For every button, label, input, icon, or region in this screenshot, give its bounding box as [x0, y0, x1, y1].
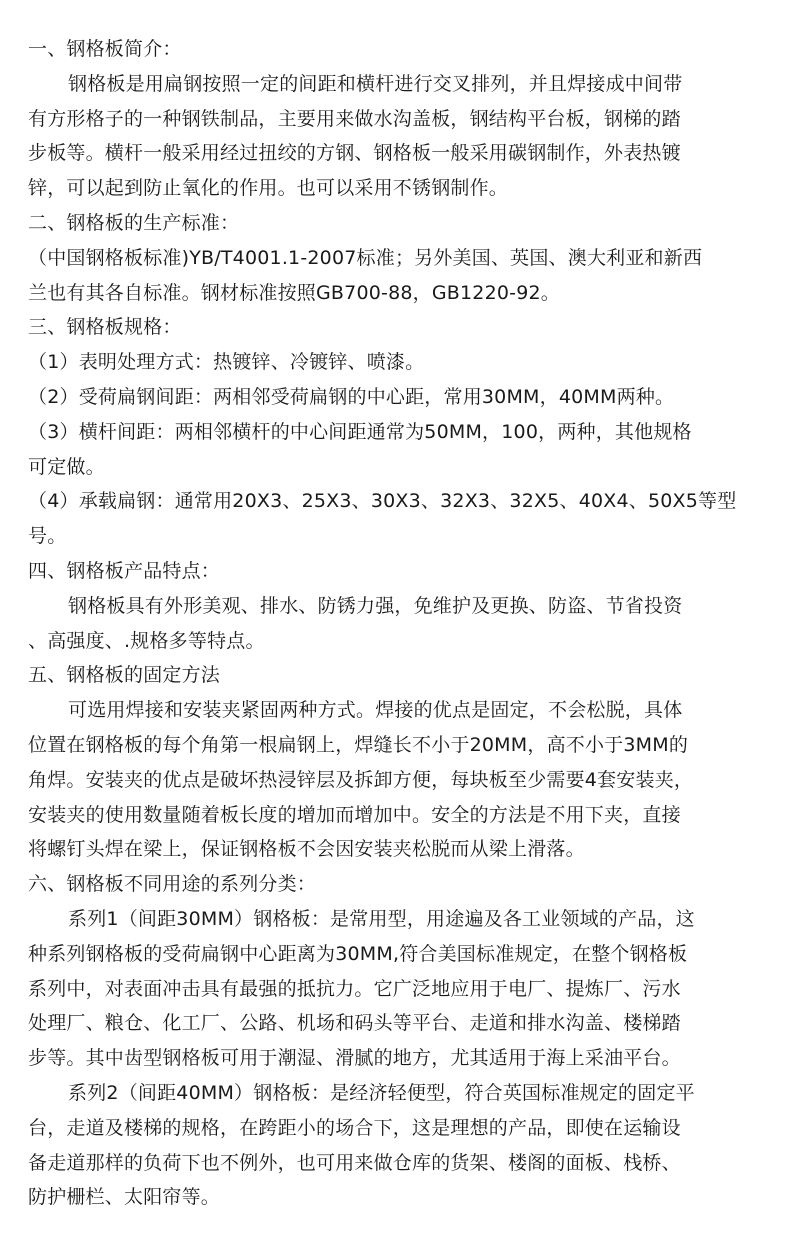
paragraph-line: 钢格板具有外形美观、排水、防锈力强，免维护及更换、防盗、节省投资 [28, 589, 768, 624]
section-heading-6: 六、钢格板不同用途的系列分类： [28, 867, 768, 902]
paragraph-line: 步板等。横杆一般采用经过扭绞的方钢、钢格板一般采用碳钢制作，外表热镀 [28, 136, 768, 171]
section-heading-5: 五、钢格板的固定方法 [28, 658, 768, 693]
paragraph-line: 、高强度、.规格多等特点。 [28, 624, 768, 659]
spec-item-1: （1）表明处理方式：热镀锌、冷镀锌、喷漆。 [28, 345, 768, 380]
section-heading-3: 三、钢格板规格： [28, 310, 768, 345]
paragraph-line: 步等。其中齿型钢格板可用于潮湿、滑腻的地方，尤其适用于海上采油平台。 [28, 1041, 768, 1076]
paragraph-line: 系列1（间距30MM）钢格板：是常用型，用途遍及各工业领域的产品，这 [28, 902, 768, 937]
paragraph-line: 台，走道及楼梯的规格，在跨距小的场合下，这是理想的产品，即使在运输设 [28, 1111, 768, 1146]
paragraph-line: 种系列钢格板的受荷扁钢中心距离为30MM,符合美国标准规定，在整个钢格板 [28, 937, 768, 972]
spec-item-2: （2）受荷扁钢间距：两相邻受荷扁钢的中心距，常用30MM，40MM两种。 [28, 380, 768, 415]
paragraph-line: 可选用焊接和安装夹紧固两种方式。焊接的优点是固定，不会松脱，具体 [28, 693, 768, 728]
paragraph-line: 防护栅栏、太阳帘等。 [28, 1180, 768, 1215]
spec-item-4: （4）承载扁钢：通常用20X3、25X3、30X3、32X3、32X5、40X4… [28, 484, 768, 519]
paragraph-line: 安装夹的使用数量随着板长度的增加而增加中。安全的方法是不用下夹，直接 [28, 798, 768, 833]
section-heading-2: 二、钢格板的生产标准： [28, 206, 768, 241]
paragraph-line: 角焊。安装夹的优点是破坏热浸锌层及拆卸方便，每块板至少需要4套安装夹， [28, 763, 768, 798]
paragraph-line: 位置在钢格板的每个角第一根扁钢上，焊缝长不小于20MM，高不小于3MM的 [28, 728, 768, 763]
paragraph-line: 有方形格子的一种钢铁制品，主要用来做水沟盖板，钢结构平台板，钢梯的踏 [28, 102, 768, 137]
section-heading-1: 一、钢格板简介： [28, 32, 768, 67]
paragraph-line: 钢格板是用扁钢按照一定的间距和横杆进行交叉排列，并且焊接成中间带 [28, 67, 768, 102]
paragraph-line: 号。 [28, 519, 768, 554]
paragraph-line: 系列中，对表面冲击具有最强的抵抗力。它广泛地应用于电厂、提炼厂、污水 [28, 972, 768, 1007]
paragraph-line: 兰也有其各自标准。钢材标准按照GB700-88，GB1220-92。 [28, 276, 768, 311]
spec-item-3: （3）横杆间距：两相邻横杆的中心间距通常为50MM，100，两种，其他规格 [28, 415, 768, 450]
paragraph-line: 可定做。 [28, 450, 768, 485]
paragraph-line: 处理厂、粮仓、化工厂、公路、机场和码头等平台、走道和排水沟盖、楼梯踏 [28, 1006, 768, 1041]
section-heading-4: 四、钢格板产品特点： [28, 554, 768, 589]
paragraph-line: 系列2（间距40MM）钢格板：是经济轻便型，符合英国标准规定的固定平 [28, 1076, 768, 1111]
paragraph-line: 锌，可以起到防止氧化的作用。也可以采用不锈钢制作。 [28, 171, 768, 206]
paragraph-line: 将螺钉头焊在梁上，保证钢格板不会因安装夹松脱而从梁上滑落。 [28, 832, 768, 867]
document-body: 一、钢格板简介： 钢格板是用扁钢按照一定的间距和横杆进行交叉排列，并且焊接成中间… [28, 32, 768, 1215]
paragraph-line: （中国钢格板标准)YB/T4001.1-2007标准；另外美国、英国、澳大利亚和… [28, 241, 768, 276]
paragraph-line: 备走道那样的负荷下也不例外，也可用来做仓库的货架、楼阁的面板、栈桥、 [28, 1146, 768, 1181]
